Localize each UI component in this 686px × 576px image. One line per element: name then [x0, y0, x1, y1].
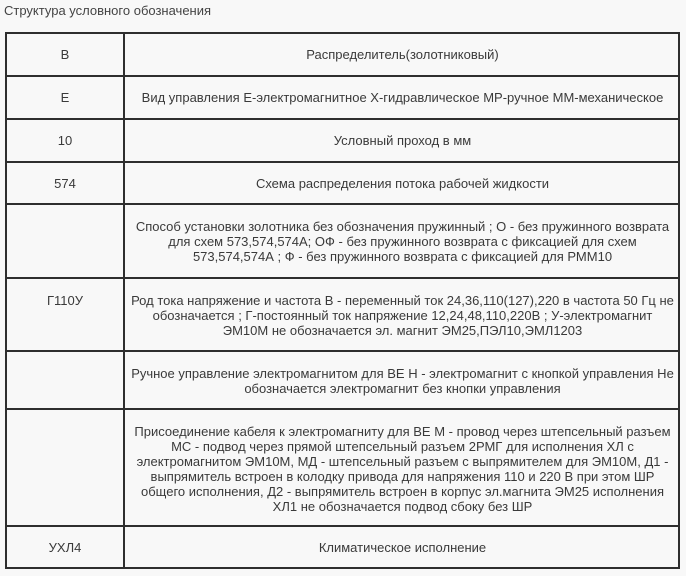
table-row: В Распределитель(золотниковый)	[6, 33, 679, 76]
table-row: 574 Схема распределения потока рабочей ж…	[6, 162, 679, 204]
table-row: Способ установки золотника без обозначен…	[6, 204, 679, 278]
table-row: УХЛ4 Климатическое исполнение	[6, 526, 679, 568]
code-cell: Е	[6, 76, 124, 119]
code-cell: В	[6, 33, 124, 76]
description-cell: Присоединение кабеля к электромагниту дл…	[124, 409, 679, 526]
table-row: 10 Условный проход в мм	[6, 119, 679, 162]
code-cell	[6, 351, 124, 409]
code-cell: УХЛ4	[6, 526, 124, 568]
code-cell	[6, 204, 124, 278]
code-cell: Г110У	[6, 278, 124, 351]
code-cell: 574	[6, 162, 124, 204]
code-cell	[6, 409, 124, 526]
table-row: Ручное управление электромагнитом для ВЕ…	[6, 351, 679, 409]
description-cell: Ручное управление электромагнитом для ВЕ…	[124, 351, 679, 409]
table-row: Г110У Род тока напряжение и частота В - …	[6, 278, 679, 351]
table-row: Присоединение кабеля к электромагниту дл…	[6, 409, 679, 526]
description-cell: Способ установки золотника без обозначен…	[124, 204, 679, 278]
table-caption: Структура условного обозначения	[4, 3, 211, 19]
designation-structure-table: В Распределитель(золотниковый) Е Вид упр…	[5, 32, 680, 569]
code-cell: 10	[6, 119, 124, 162]
description-cell: Условный проход в мм	[124, 119, 679, 162]
description-cell: Распределитель(золотниковый)	[124, 33, 679, 76]
description-cell: Вид управления Е-электромагнитное Х-гидр…	[124, 76, 679, 119]
description-cell: Климатическое исполнение	[124, 526, 679, 568]
description-cell: Схема распределения потока рабочей жидко…	[124, 162, 679, 204]
description-cell: Род тока напряжение и частота В - переме…	[124, 278, 679, 351]
table-row: Е Вид управления Е-электромагнитное Х-ги…	[6, 76, 679, 119]
